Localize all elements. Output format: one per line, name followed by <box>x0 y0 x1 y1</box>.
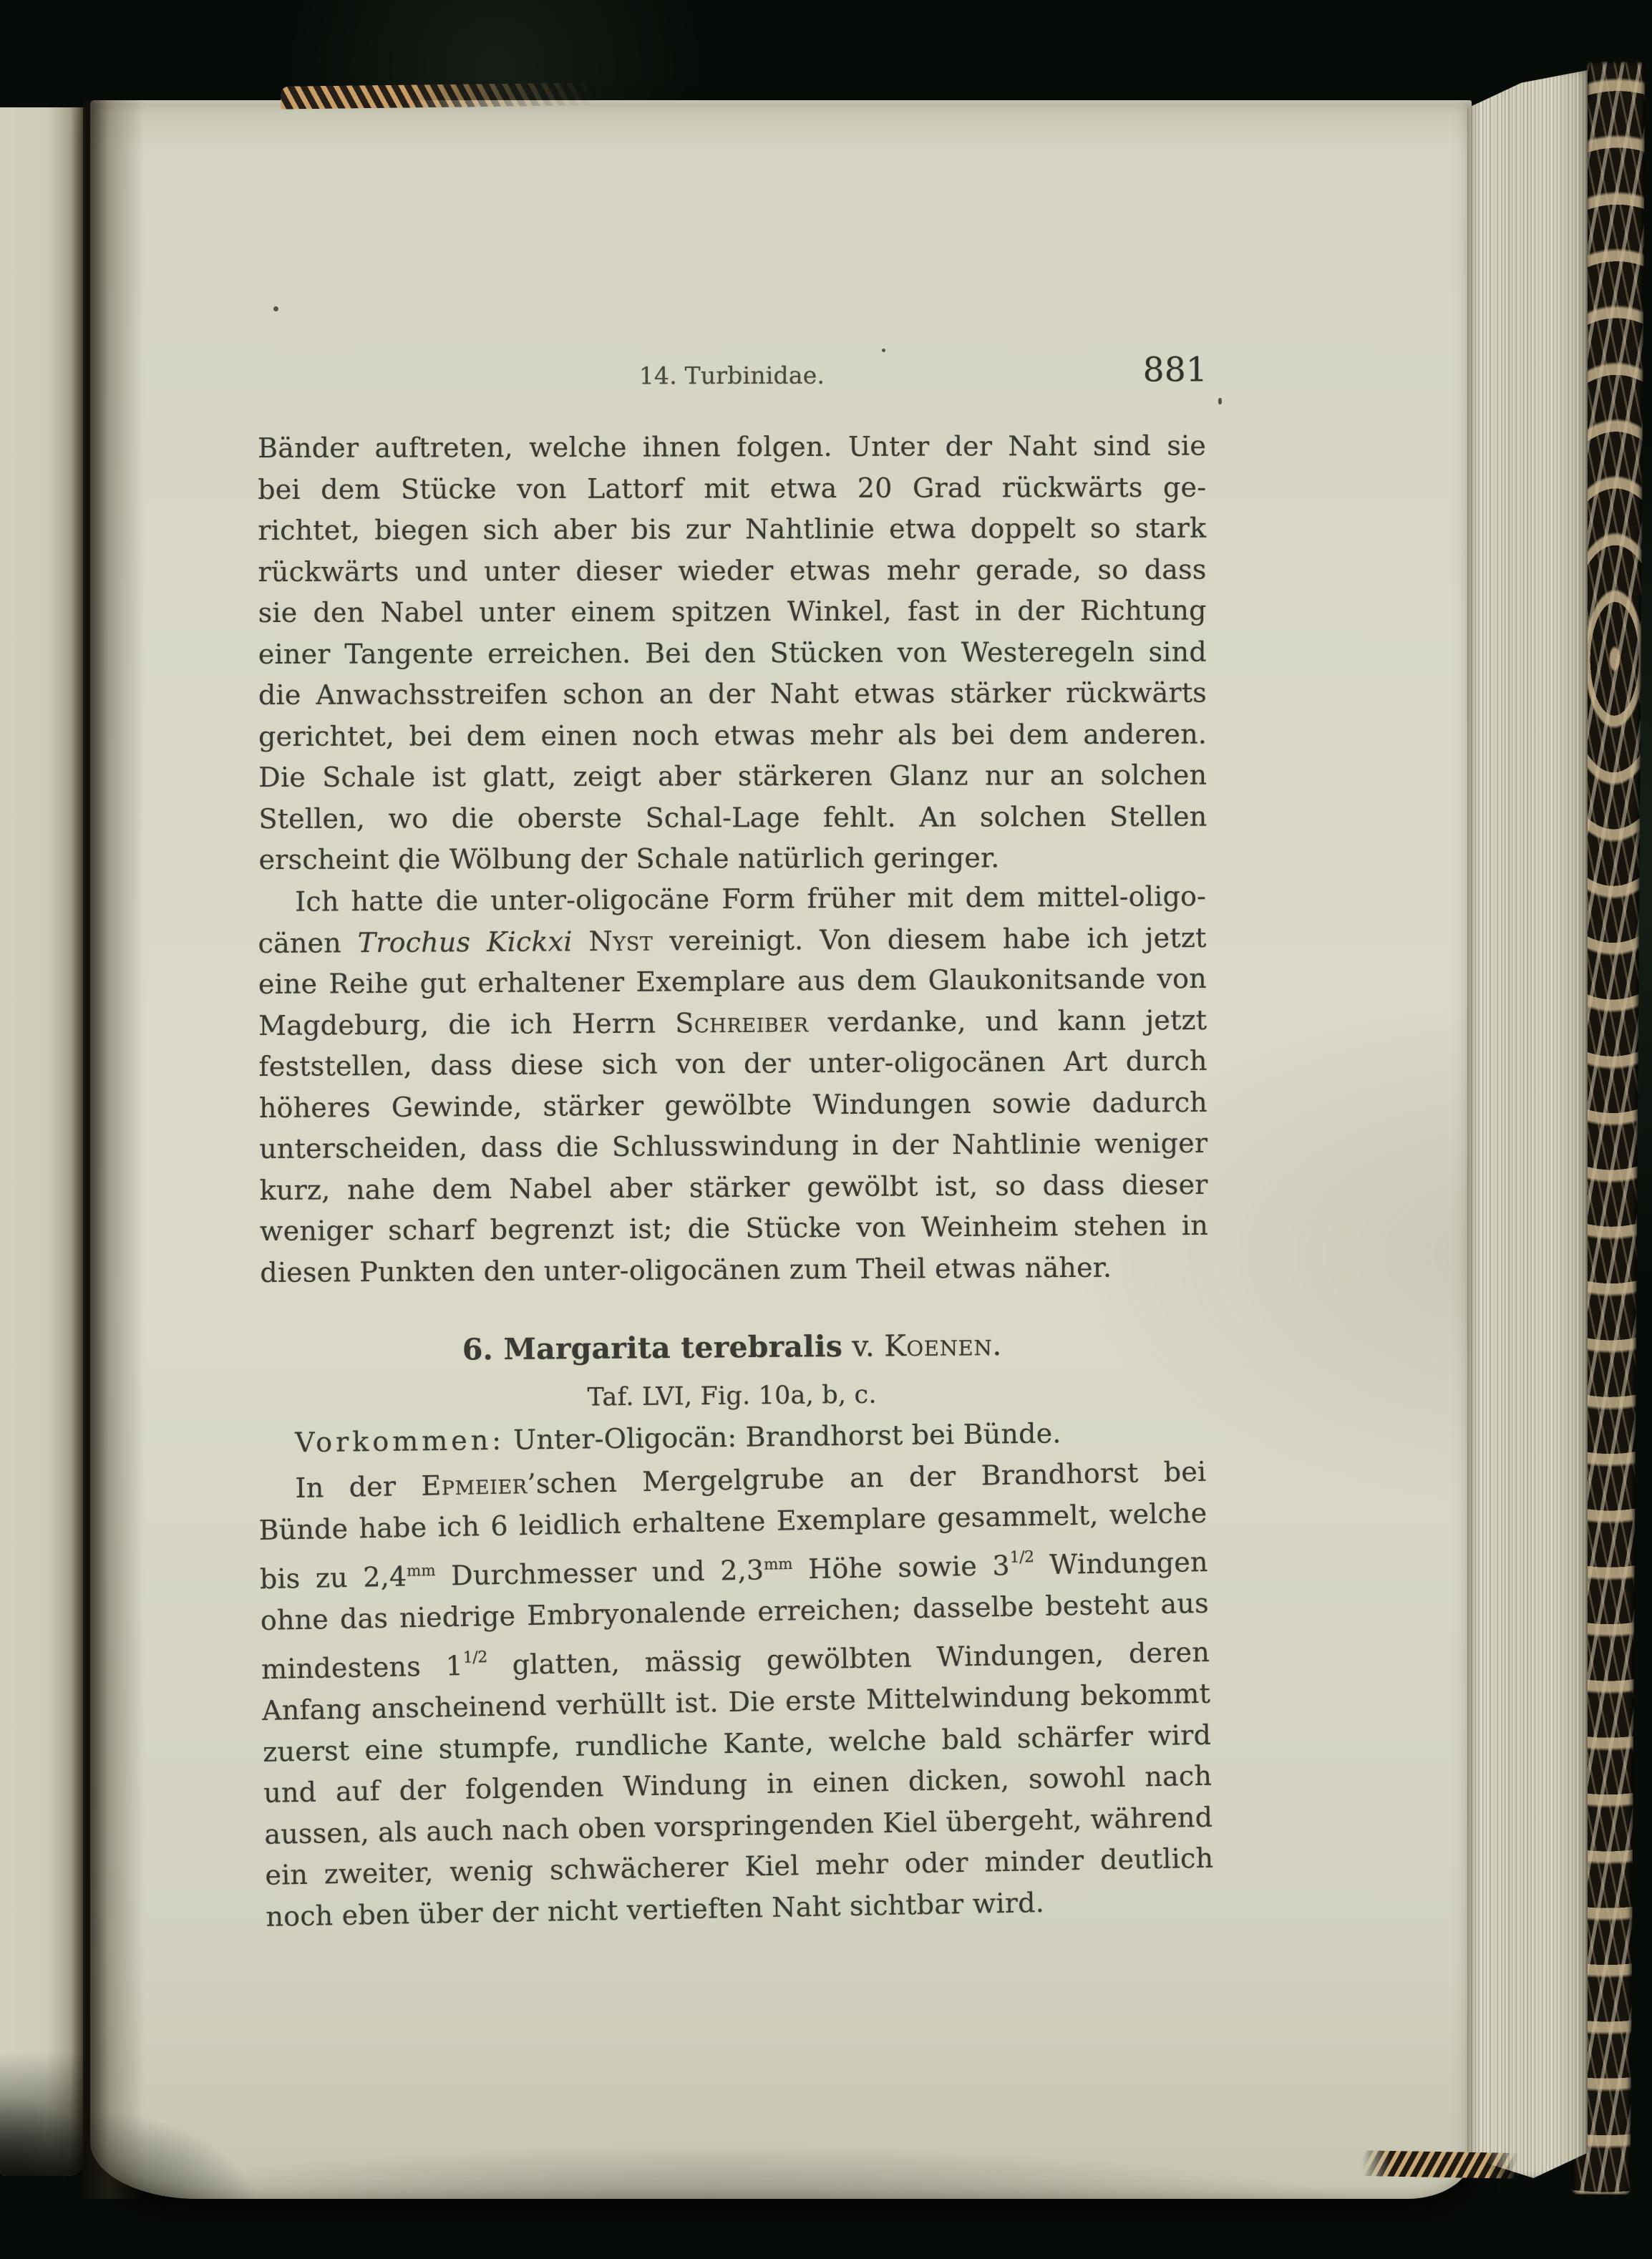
running-header: 14. Turbinidae. 881 <box>258 360 1206 390</box>
paragraph-2: Ich hatte die unter-oligocäne Form frühe… <box>258 876 1208 1293</box>
page-number: 881 <box>1143 350 1208 389</box>
page-text-block: 14. Turbinidae. 881 Bänder auftreten, we… <box>258 100 1206 2199</box>
running-header-section: 14. Turbinidae. <box>258 360 1206 390</box>
page-stack-fore-edge <box>1467 70 1588 2178</box>
ink-speck <box>273 306 278 311</box>
ink-speck <box>882 349 885 352</box>
book-photo-scene: 14. Turbinidae. 881 Bänder auftreten, we… <box>0 0 1652 2259</box>
left-page-edge <box>0 107 86 2176</box>
occurrence-line: Vorkommen: Unter-Oligocän: Brandhorst be… <box>258 1416 1206 1459</box>
ink-speck <box>1218 398 1222 404</box>
figure-reference: Taf. LVI, Fig. 10a, b, c. <box>258 1377 1206 1415</box>
species-heading: 6. Margarita terebralis v. Koenen. <box>258 1326 1206 1369</box>
paragraph-1: Bänder auftreten, welche ihnen folgen. U… <box>258 426 1208 881</box>
paragraph-3: In der Epmeier’schen Mergelgrube an der … <box>258 1452 1215 1938</box>
gutter-shadow <box>83 100 145 2199</box>
book-page: 14. Turbinidae. 881 Bänder auftreten, we… <box>90 100 1472 2199</box>
headband-bottom <box>1362 2150 1519 2179</box>
ink-speck <box>405 868 409 873</box>
